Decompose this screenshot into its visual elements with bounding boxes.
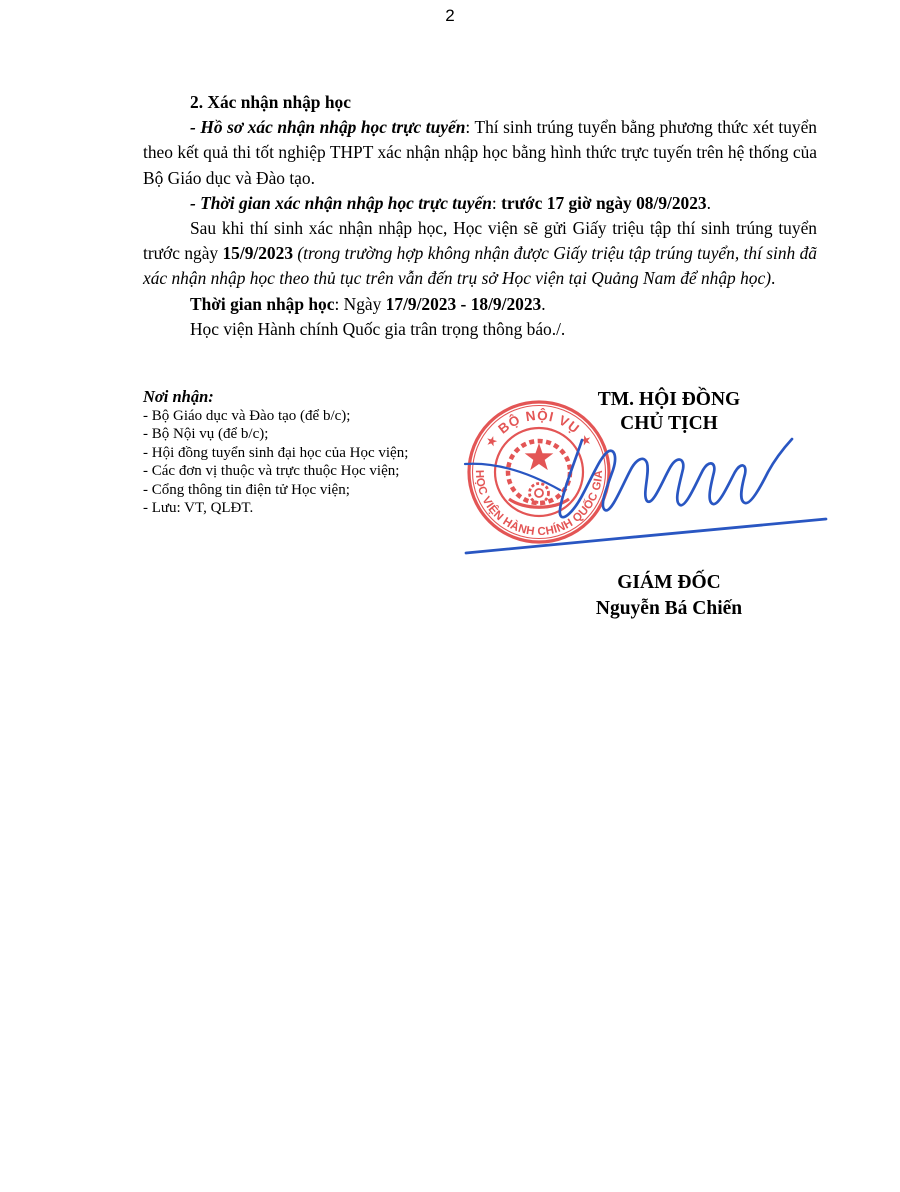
para-summons: Sau khi thí sinh xác nhận nhập học, Học … bbox=[143, 216, 817, 292]
recipients-block: Nơi nhận: - Bộ Giáo dục và Đào tạo (để b… bbox=[143, 386, 483, 517]
recipient-item: - Cổng thông tin điện tử Học viện; bbox=[143, 481, 483, 499]
para-closing: Học viện Hành chính Quốc gia trân trọng … bbox=[143, 317, 817, 342]
handwritten-signature bbox=[450, 424, 846, 566]
director-title: GIÁM ĐỐC bbox=[548, 570, 790, 596]
recipient-item: - Bộ Nội vụ (để b/c); bbox=[143, 425, 483, 443]
recipients-header: Nơi nhận: bbox=[143, 386, 483, 407]
document-body: 2. Xác nhận nhập học - Hồ sơ xác nhận nh… bbox=[143, 90, 817, 342]
signature-underline-stroke bbox=[466, 519, 826, 553]
recipient-item: - Hội đồng tuyển sinh đại học của Học vi… bbox=[143, 444, 483, 462]
recipient-item: - Các đơn vị thuộc và trực thuộc Học việ… bbox=[143, 462, 483, 480]
page-number: 2 bbox=[0, 6, 900, 26]
para-enrollment-dates: Thời gian nhập học: Ngày 17/9/2023 - 18/… bbox=[143, 292, 817, 317]
document-page: 2 2. Xác nhận nhập học - Hồ sơ xác nhận … bbox=[0, 0, 900, 1192]
director-block: GIÁM ĐỐC Nguyễn Bá Chiến bbox=[548, 570, 790, 621]
section-heading: 2. Xác nhận nhập học bbox=[143, 90, 817, 115]
recipient-item: - Bộ Giáo dục và Đào tạo (để b/c); bbox=[143, 407, 483, 425]
signature-graphic bbox=[450, 424, 846, 566]
para-online-dossier: - Hồ sơ xác nhận nhập học trực tuyến: Th… bbox=[143, 115, 817, 191]
director-name: Nguyễn Bá Chiến bbox=[548, 596, 790, 622]
recipient-item: - Lưu: VT, QLĐT. bbox=[143, 499, 483, 517]
para-online-deadline: - Thời gian xác nhận nhập học trực tuyến… bbox=[143, 191, 817, 216]
signature-lead-stroke bbox=[465, 464, 560, 490]
signature-stroke bbox=[560, 439, 792, 517]
